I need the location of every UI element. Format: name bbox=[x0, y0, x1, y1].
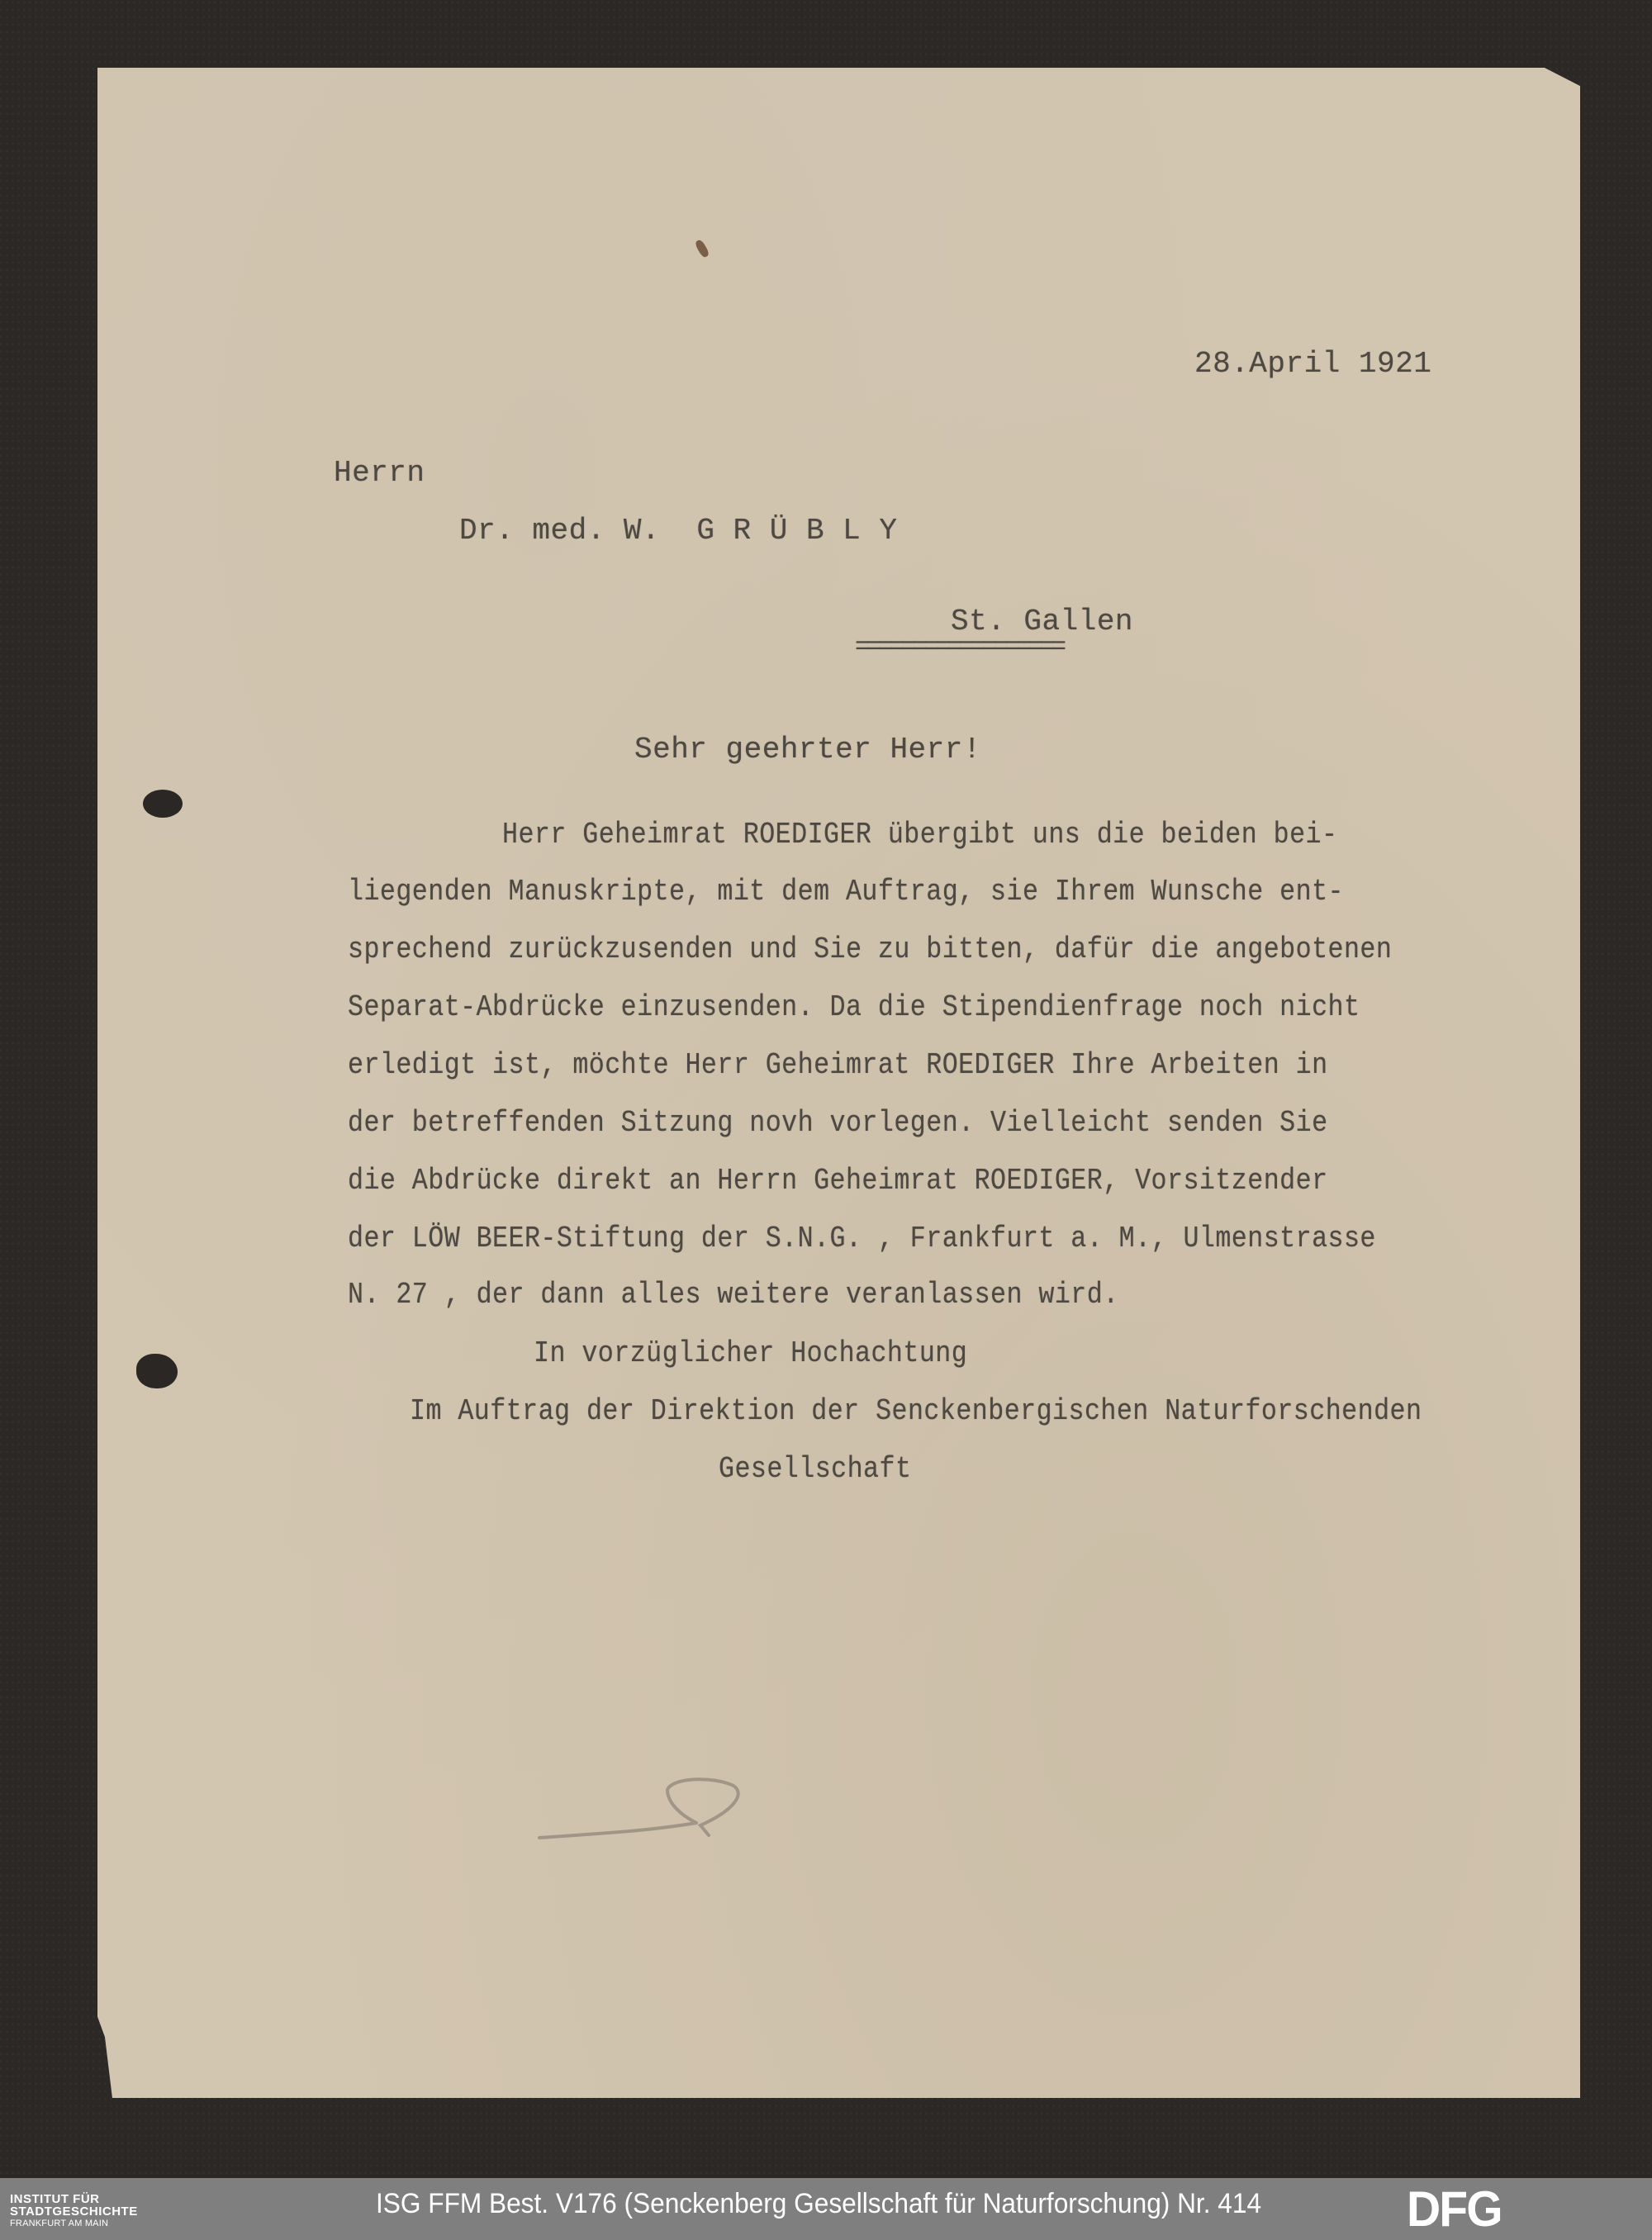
archive-footer-bar: INSTITUT FÜR STADTGESCHICHTE FRANKFURT A… bbox=[0, 2178, 1652, 2240]
body-line-4: Separat-Abdrücke einzusenden. Da die Sti… bbox=[348, 990, 1360, 1024]
letter-paper: 28.April 1921 Herrn Dr. med. W. G R Ü B … bbox=[97, 68, 1580, 2098]
recipient-underline: ================== bbox=[855, 634, 1063, 662]
letter-greeting: Sehr geehrter Herr! bbox=[634, 733, 981, 766]
body-line-6: der betreffenden Sitzung novh vorlegen. … bbox=[348, 1106, 1328, 1140]
body-line-1: Herr Geheimrat ROEDIGER übergibt uns die… bbox=[502, 818, 1337, 852]
body-line-3: sprechend zurückzusenden und Sie zu bitt… bbox=[348, 933, 1392, 966]
recipient-salutation: Herrn bbox=[334, 456, 425, 490]
signature-line-2: Gesellschaft bbox=[719, 1452, 911, 1486]
letter-closing: In vorzüglicher Hochachtung bbox=[534, 1336, 967, 1370]
body-line-2: liegenden Manuskripte, mit dem Auftrag, … bbox=[348, 875, 1344, 909]
pencil-initial-mark bbox=[523, 1753, 771, 1852]
institution-name-line-1: INSTITUT FÜR bbox=[10, 2193, 138, 2205]
recipient-name: Dr. med. W. G R Ü B L Y bbox=[459, 514, 897, 548]
body-line-9: N. 27 , der dann alles weitere veranlass… bbox=[348, 1278, 1119, 1312]
archive-reference-caption: ISG FFM Best. V176 (Senckenberg Gesellsc… bbox=[376, 2188, 1261, 2220]
institution-location: FRANKFURT AM MAIN bbox=[10, 2219, 138, 2228]
punch-hole-bottom bbox=[136, 1354, 178, 1388]
ink-speck bbox=[694, 239, 710, 259]
institution-name-line-2: STADTGESCHICHTE bbox=[10, 2205, 138, 2218]
institut-stadtgeschichte-logo: INSTITUT FÜR STADTGESCHICHTE FRANKFURT A… bbox=[10, 2193, 138, 2228]
body-line-7: die Abdrücke direkt an Herrn Geheimrat R… bbox=[348, 1164, 1328, 1198]
dfg-logo: DFG bbox=[1407, 2185, 1502, 2234]
letter-date: 28.April 1921 bbox=[1194, 347, 1431, 381]
body-line-5: erledigt ist, möchte Herr Geheimrat ROED… bbox=[348, 1048, 1328, 1082]
body-line-8: der LÖW BEER-Stiftung der S.N.G. , Frank… bbox=[348, 1222, 1376, 1255]
signature-line-1: Im Auftrag der Direktion der Senckenberg… bbox=[410, 1394, 1422, 1428]
punch-hole-top bbox=[143, 790, 183, 818]
